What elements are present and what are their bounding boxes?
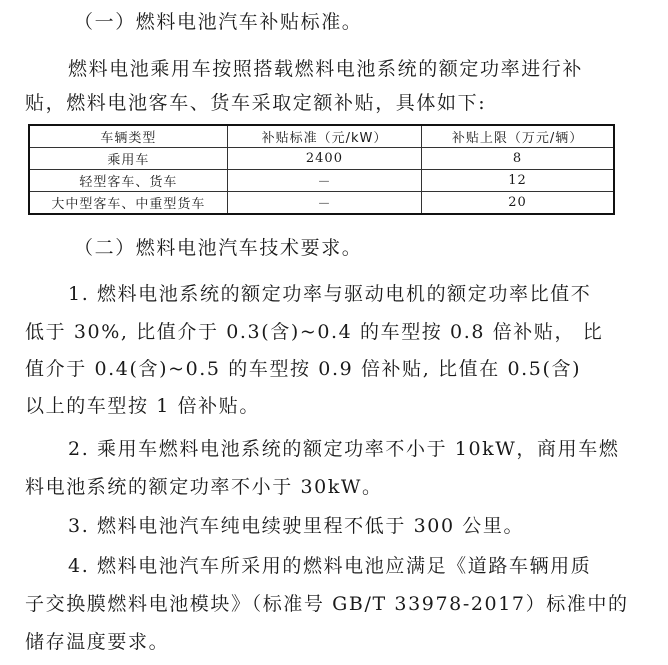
header-vehicle-type: 车辆类型 — [29, 125, 227, 148]
cell-subsidy-cap: 20 — [422, 192, 614, 215]
section1-intro-line1: 燃料电池乘用车按照搭载燃料电池系统的额定功率进行补 — [68, 57, 583, 81]
cell-vehicle-type: 轻型客车、货车 — [29, 170, 227, 192]
cell-subsidy-standard: － — [227, 192, 421, 215]
item3-line1: 3. 燃料电池汽车纯电续驶里程不低于 300 公里。 — [68, 514, 524, 538]
item1-line3: 值介于 0.4(含)~0.5 的车型按 0.9 倍补贴, 比值在 0.5(含) — [25, 357, 581, 381]
item4-line3: 储存温度要求。 — [25, 630, 169, 654]
item1-line2: 低于 30%, 比值介于 0.3(含)~0.4 的车型按 0.8 倍补贴， 比 — [25, 320, 603, 344]
cell-vehicle-type: 乘用车 — [29, 148, 227, 170]
table-row: 乘用车 2400 8 — [29, 148, 614, 170]
table-row: 轻型客车、货车 － 12 — [29, 170, 614, 192]
item1-line1: 1. 燃料电池系统的额定功率与驱动电机的额定功率比值不 — [68, 282, 591, 306]
section2-heading: （二）燃料电池汽车技术要求。 — [74, 236, 362, 260]
cell-subsidy-cap: 12 — [422, 170, 614, 192]
cell-subsidy-cap: 8 — [422, 148, 614, 170]
item4-line1: 4. 燃料电池汽车所采用的燃料电池应满足《道路车辆用质 — [68, 554, 591, 578]
header-subsidy-standard: 补贴标准（元/kW） — [227, 125, 421, 148]
cell-subsidy-standard: 2400 — [227, 148, 421, 170]
subsidy-table: 车辆类型 补贴标准（元/kW） 补贴上限（万元/辆） 乘用车 2400 8 轻型… — [28, 124, 615, 215]
item2-line2: 料电池系统的额定功率不小于 30kW。 — [25, 475, 383, 499]
section1-heading: （一）燃料电池汽车补贴标准。 — [74, 10, 362, 34]
table-row: 大中型客车、中重型货车 － 20 — [29, 192, 614, 215]
header-subsidy-cap: 补贴上限（万元/辆） — [422, 125, 614, 148]
item4-line2: 子交换膜燃料电池模块》（标准号 GB/T 33978-2017）标准中的 — [25, 592, 629, 616]
cell-vehicle-type: 大中型客车、中重型货车 — [29, 192, 227, 215]
cell-subsidy-standard: － — [227, 170, 421, 192]
section1-intro-line2: 贴，燃料电池客车、货车采取定额补贴，具体如下: — [25, 91, 486, 115]
item1-line4: 以上的车型按 1 倍补贴。 — [25, 394, 260, 418]
table-header-row: 车辆类型 补贴标准（元/kW） 补贴上限（万元/辆） — [29, 125, 614, 148]
item2-line1: 2. 乘用车燃料电池系统的额定功率不小于 10kW，商用车燃 — [68, 437, 619, 461]
